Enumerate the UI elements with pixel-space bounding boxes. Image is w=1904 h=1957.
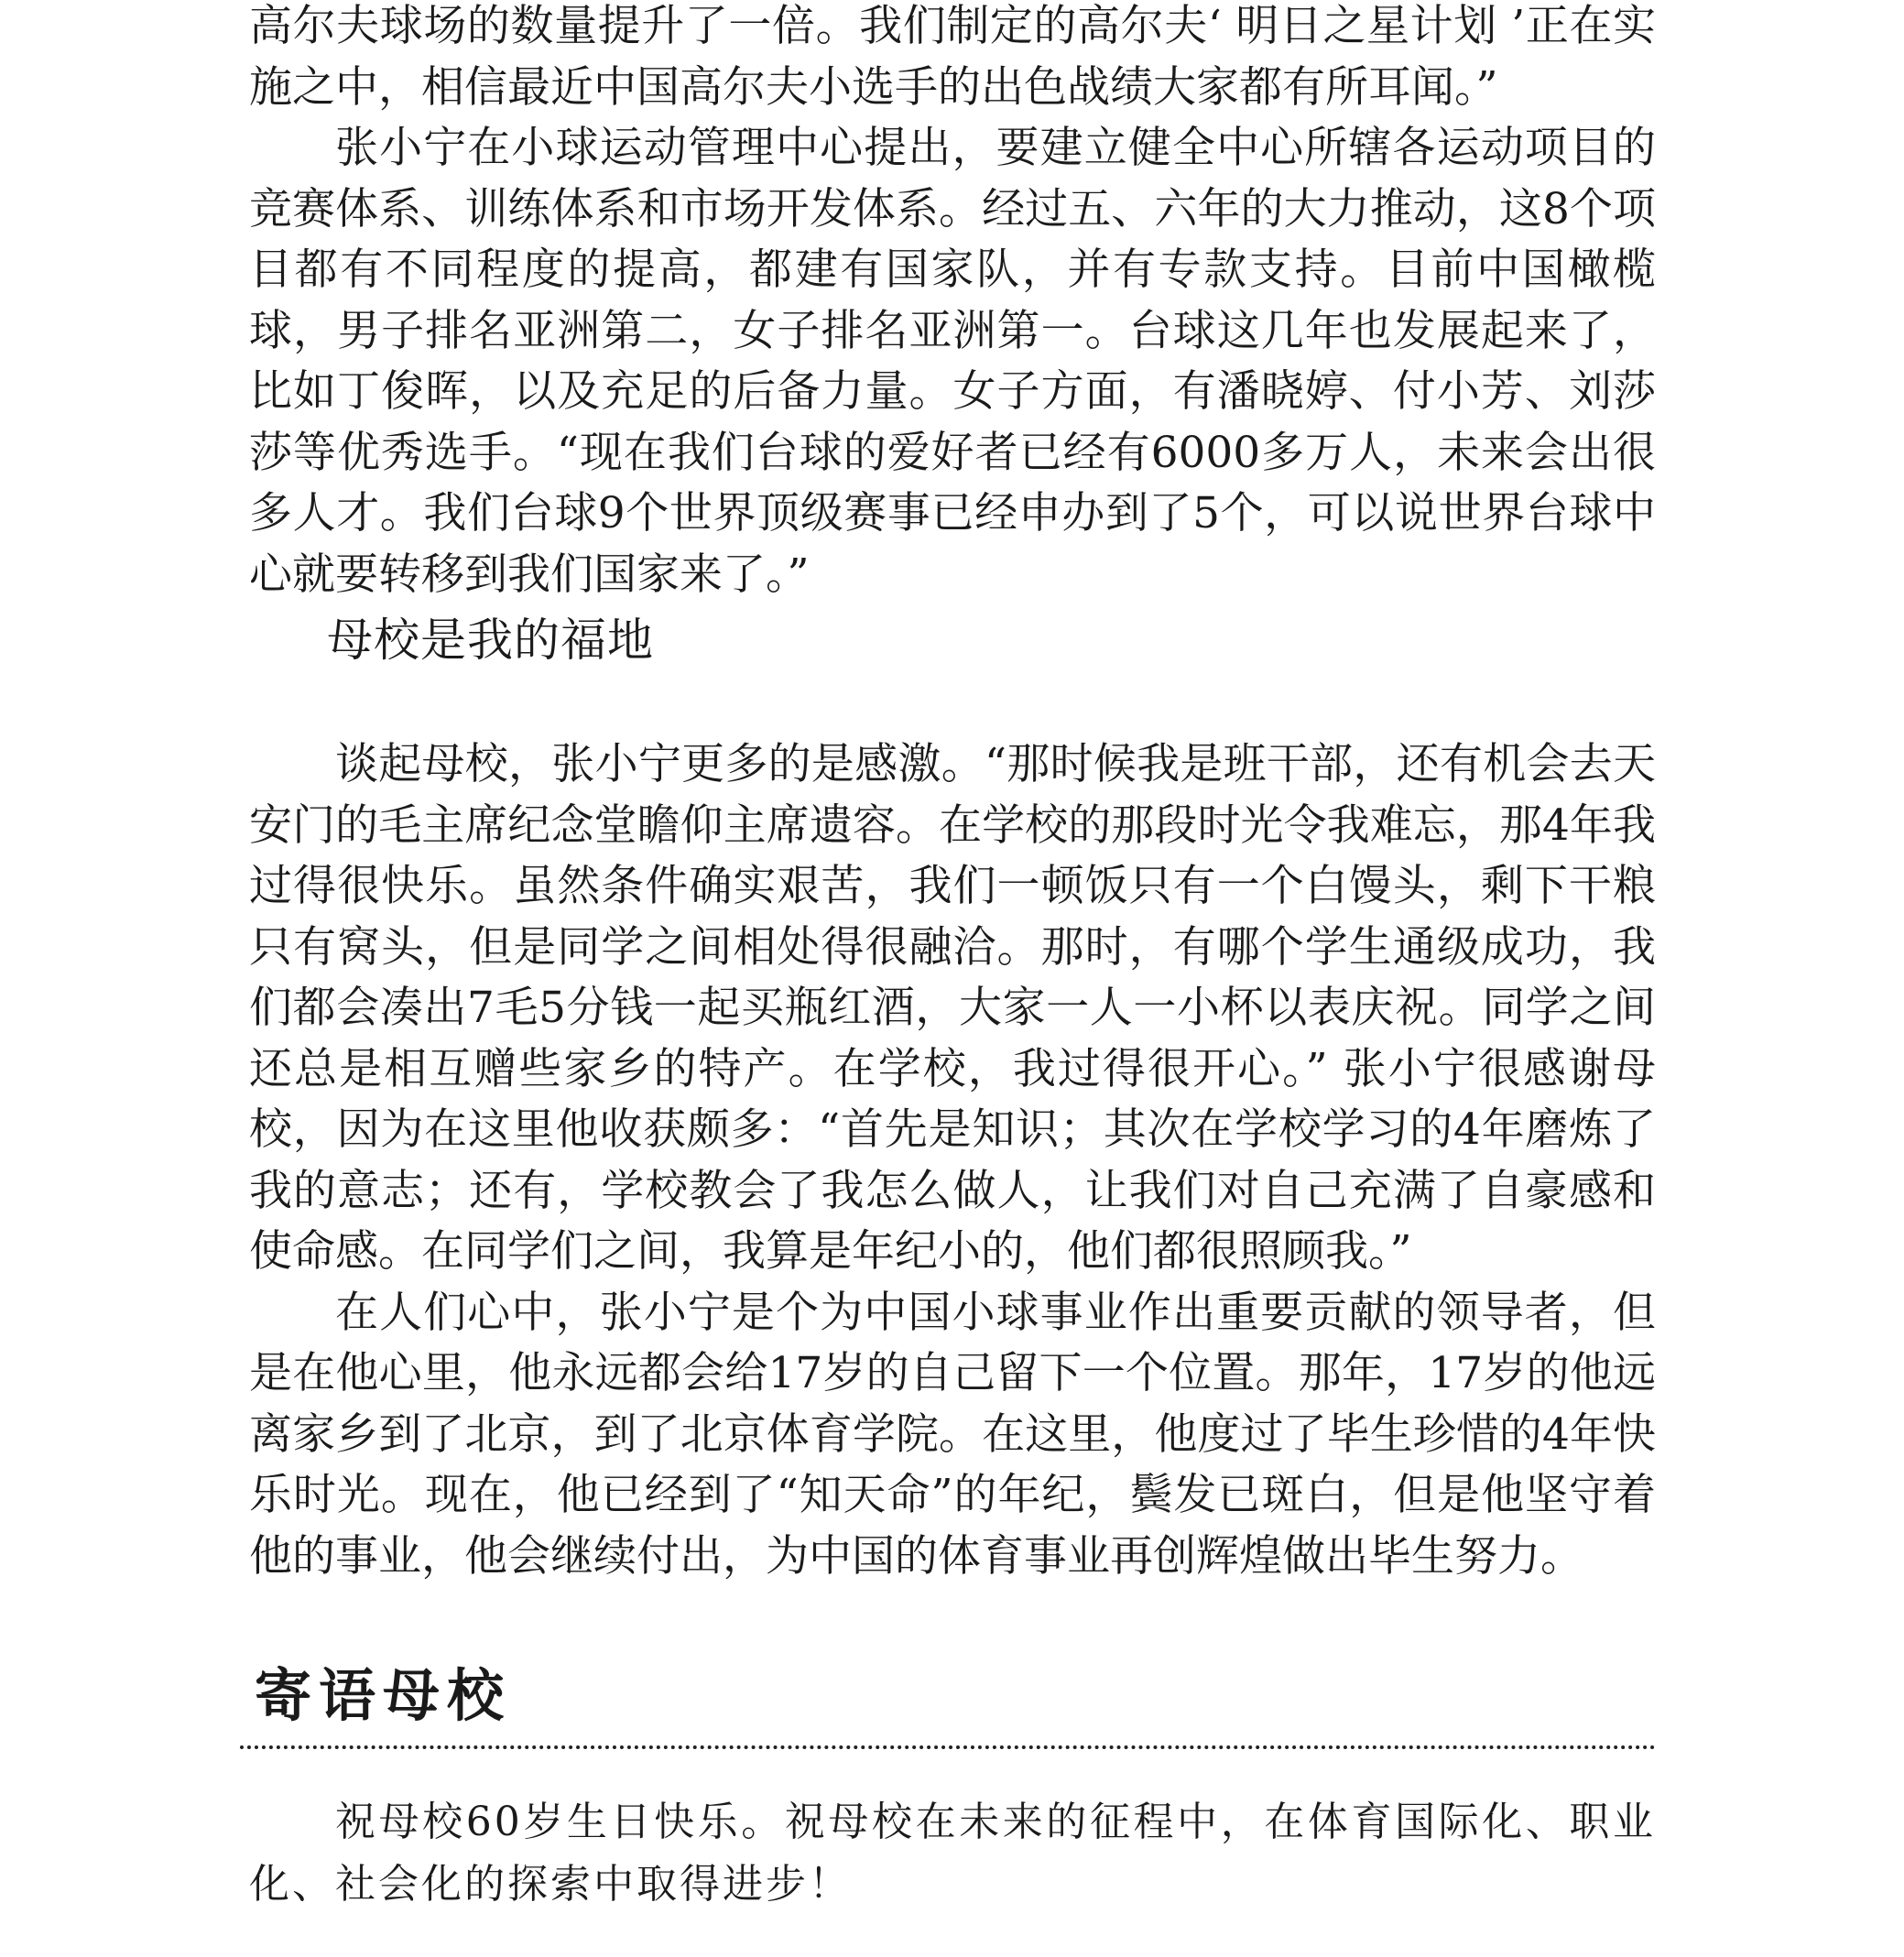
body-paragraph: 高尔夫球场的数量提升了一倍。我们制定的高尔夫‘ 明日之星计划 ’正在实施之中，相… bbox=[249, 0, 1656, 118]
callout-text-block: 祝母校60岁生日快乐。祝母校在未来的征程中，在体育国际化、职业化、社会化的探索中… bbox=[249, 1791, 1656, 1916]
body-paragraph: 张小宁在小球运动管理中心提出，要建立健全中心所辖各运动项目的竞赛体系、训练体系和… bbox=[249, 118, 1656, 605]
callout-title: 寄语母校 bbox=[255, 1659, 511, 1733]
intro-text-block: 高尔夫球场的数量提升了一倍。我们制定的高尔夫‘ 明日之星计划 ’正在实施之中，相… bbox=[249, 0, 1656, 605]
callout-message: 祝母校60岁生日快乐。祝母校在未来的征程中，在体育国际化、职业化、社会化的探索中… bbox=[249, 1791, 1656, 1916]
section-text-block: 谈起母校，张小宁更多的是感激。“那时候我是班干部，还有机会去天安门的毛主席纪念堂… bbox=[249, 734, 1656, 1587]
section-heading: 母校是我的福地 bbox=[327, 608, 654, 672]
body-paragraph: 在人们心中，张小宁是个为中国小球事业作出重要贡献的领导者，但是在他心里，他永远都… bbox=[249, 1283, 1656, 1588]
body-paragraph: 谈起母校，张小宁更多的是感激。“那时候我是班干部，还有机会去天安门的毛主席纪念堂… bbox=[249, 734, 1656, 1283]
dotted-divider bbox=[240, 1745, 1656, 1749]
